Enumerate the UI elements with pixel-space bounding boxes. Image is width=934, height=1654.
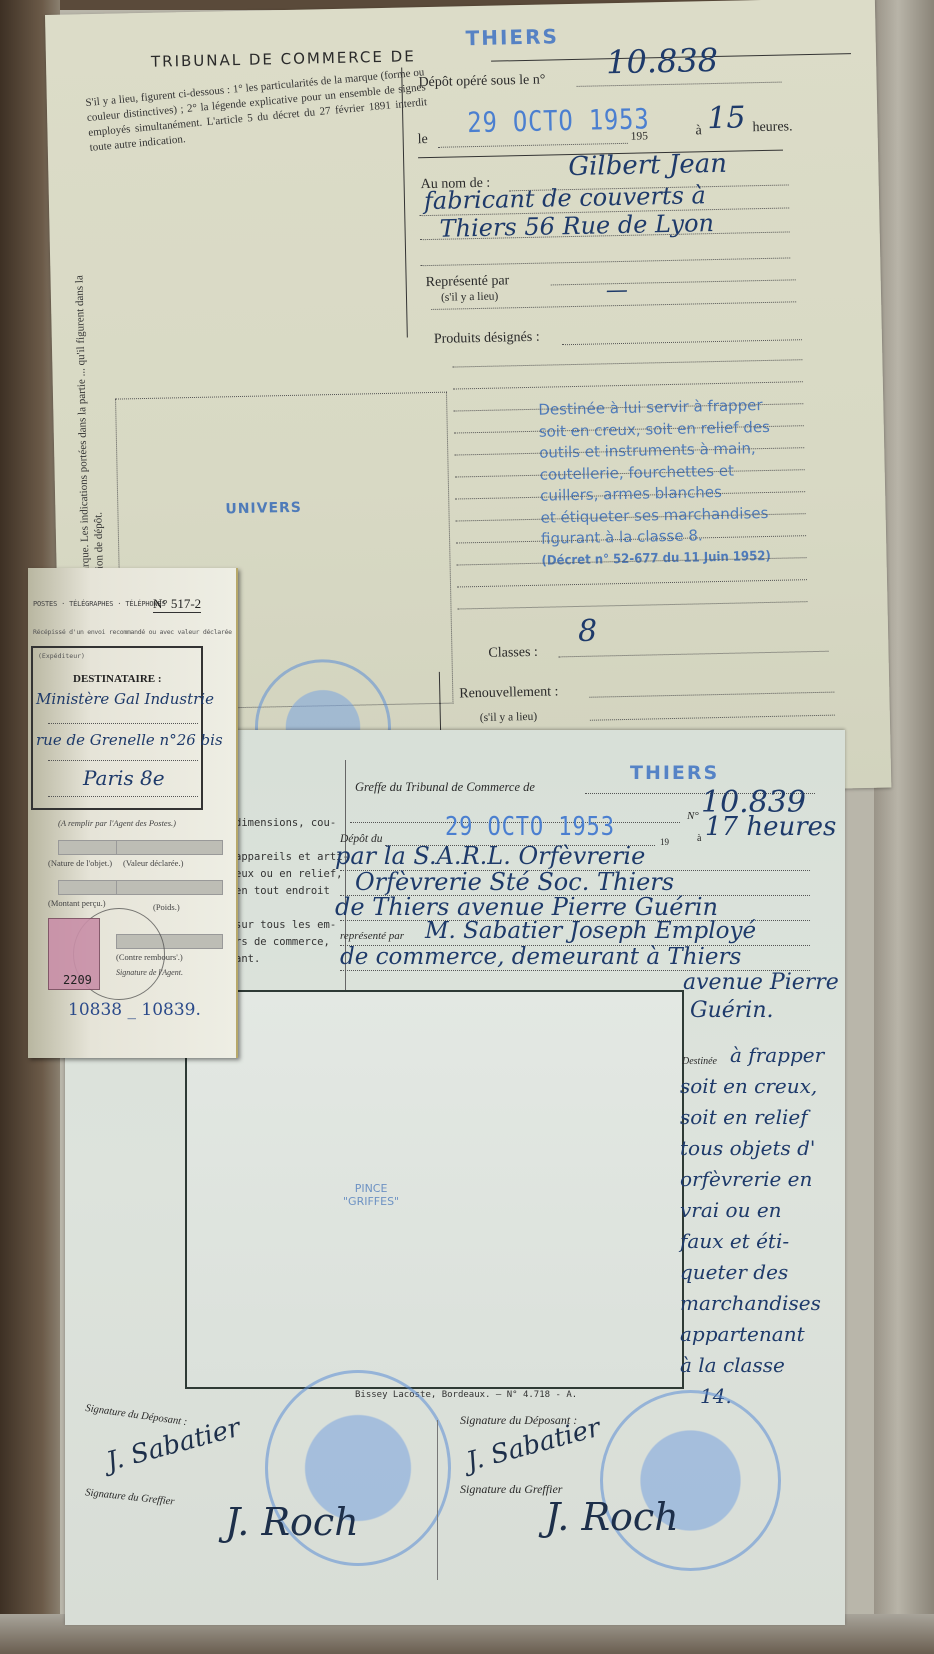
field-box-amount	[58, 880, 120, 895]
receipt-form-number: N° 517-2	[153, 596, 201, 613]
date-prefix: le	[418, 132, 428, 148]
date-stamp-bottom: 29 OCTO 1953	[445, 812, 615, 842]
hour-value: 15	[707, 100, 746, 136]
deposit-number-value: 10.838	[606, 41, 719, 81]
products-line: tous objets d'	[680, 1133, 824, 1164]
reference-numbers: 10838 _ 10839.	[68, 1000, 201, 1020]
field-box-nature	[58, 840, 120, 855]
sig-depositor-label-left: Signature du Déposant :	[85, 1403, 188, 1428]
products-line: à frapper	[680, 1040, 824, 1071]
agent-note: (A remplir par l'Agent des Postes.)	[58, 818, 176, 828]
form-title: TRIBUNAL DE COMMERCE DE	[151, 47, 416, 71]
recipient-line-1	[48, 723, 198, 724]
year-prefix: 195	[631, 130, 648, 142]
hour-suffix: heures.	[752, 119, 792, 136]
greffe-label: Greffe du Tribunal de Commerce de	[355, 780, 535, 795]
date-stamp: 29 OCTO 1953	[467, 102, 650, 139]
partial-line: eux ou en relief,	[235, 866, 349, 883]
field-amount-label: (Montant perçu.)	[48, 898, 106, 908]
stamp-number: 2209	[63, 973, 92, 987]
represented-value-1: M. Sabatier Joseph Employé	[425, 918, 756, 944]
signature-divider	[437, 1420, 438, 1580]
vertical-note: de la marque. Les indications portées da…	[72, 274, 107, 605]
partial-line: en tout endroit	[235, 883, 349, 900]
renewal-line-2	[590, 715, 835, 721]
products-line	[562, 339, 802, 345]
recipient-line-3	[48, 796, 198, 797]
year-prefix-bottom: 19	[660, 837, 669, 847]
hour-prefix-bottom: à	[697, 833, 701, 844]
partial-line: dimensions, cou-	[235, 815, 349, 832]
products-line: à la classe	[680, 1350, 824, 1381]
field-nature-label: (Nature de l'objet.)	[48, 858, 112, 868]
partial-line: sur tous les em-	[235, 917, 349, 934]
classes-value: 8	[578, 614, 598, 649]
represented-value-3: avenue Pierre	[683, 970, 839, 995]
products-line: queter des	[680, 1257, 824, 1288]
city-stamp-bottom: THIERS	[630, 762, 719, 784]
book-edge-right	[874, 0, 934, 1654]
name-value-1: Gilbert Jean	[568, 149, 727, 182]
date-line	[438, 143, 628, 148]
products-line: orfèvrerie en	[680, 1164, 824, 1195]
instructions-text: S'il y a lieu, figurent ci-dessous : 1° …	[85, 65, 429, 156]
renewal-sub: (s'il y a lieu)	[480, 711, 538, 724]
represented-value: —	[606, 278, 629, 303]
products-dotted-line	[453, 381, 803, 389]
classes-line	[559, 651, 829, 658]
number-prefix: N°	[687, 810, 699, 822]
products-line: soit en creux,	[680, 1071, 824, 1102]
products-dotted-line	[458, 601, 808, 609]
receipt-subheader: Récépissé d'un envoi recommandé ou avec …	[33, 628, 232, 636]
recipient-value-3: Paris 8e	[83, 766, 165, 790]
signature-clerk-left: J. Roch	[225, 1500, 359, 1544]
signature-clerk-right: J. Roch	[545, 1495, 679, 1539]
products-line: vrai ou en	[680, 1195, 824, 1226]
partial-line: ant.	[235, 951, 349, 968]
mark-stamp-line-1: PINCE	[343, 1182, 399, 1195]
products-dotted-line	[457, 579, 807, 587]
depositor-value-1: par la S.A.R.L. Orfèvrerie	[335, 842, 645, 870]
receipt-header: POSTES · TÉLÉGRAPHES · TÉLÉPHONES	[33, 600, 165, 608]
postal-receipt: POSTES · TÉLÉGRAPHES · TÉLÉPHONES N° 517…	[28, 568, 238, 1058]
represented-line-1	[551, 279, 796, 285]
field-box-weight	[116, 880, 223, 895]
name-line-4	[420, 257, 790, 266]
hour-prefix: à	[695, 123, 702, 139]
recipient-line-2	[48, 760, 198, 761]
mark-stamp-line-2: "GRIFFES"	[343, 1195, 399, 1208]
products-stamp: Destinée à lui servir à frapper soit en …	[538, 395, 773, 572]
represented-value-2: de commerce, demeurant à Thiers	[340, 944, 741, 970]
products-line: soit en relief	[680, 1102, 824, 1133]
partial-line: appareils et arti-	[235, 849, 349, 866]
deposit-number-label: Dépôt opéré sous le n°	[418, 73, 545, 92]
sender-label: (Expéditeur)	[38, 652, 85, 660]
name-value-3: Thiers 56 Rue de Lyon	[439, 209, 714, 243]
mark-stamp: UNIVERS	[225, 500, 302, 518]
represented-sub: (s'il y a lieu)	[441, 291, 499, 304]
renewal-line-1	[589, 692, 834, 698]
sig-clerk-label-left: Signature du Greffier	[85, 1487, 175, 1507]
depositor-value-3: de Thiers avenue Pierre Guérin	[335, 893, 718, 921]
hour-value-bottom: 17 heures	[705, 812, 836, 842]
products-dotted-line	[452, 359, 802, 367]
deposit-number-line	[577, 82, 782, 87]
mark-stamp-bottom: PINCE "GRIFFES"	[343, 1182, 399, 1208]
recipient-value-1: Ministère Gal Industrie	[36, 690, 214, 708]
field-value-label: (Valeur déclarée.)	[123, 858, 183, 868]
recipient-title: DESTINATAIRE :	[73, 673, 162, 685]
court-seal-right	[600, 1390, 781, 1571]
represented-label-bottom: représenté par	[340, 930, 404, 942]
represented-label: Représenté par	[426, 273, 510, 291]
products-label: Produits désignés :	[434, 330, 540, 348]
products-handwritten: à frapper soit en creux, soit en relief …	[680, 1040, 824, 1412]
products-line: faux et éti-	[680, 1226, 824, 1257]
classes-label: Classes :	[488, 645, 538, 662]
mark-box-bottom	[185, 990, 684, 1389]
products-line: appartenant	[680, 1319, 824, 1350]
depositor-value-2: Orfèvrerie Sté Soc. Thiers	[355, 868, 674, 896]
field-box-value	[116, 840, 223, 855]
partial-line: rs de commerce,	[235, 934, 349, 951]
city-stamp: THIERS	[465, 24, 559, 50]
represented-value-4: Guérin.	[690, 998, 773, 1023]
partial-instructions: dimensions, cou- appareils et arti- eux …	[235, 815, 349, 968]
recipient-value-2: rue de Grenelle n°26 bis	[36, 731, 223, 749]
renewal-label: Renouvellement :	[459, 684, 558, 702]
field-weight-label: (Poids.)	[153, 902, 180, 912]
products-line: marchandises	[680, 1288, 824, 1319]
